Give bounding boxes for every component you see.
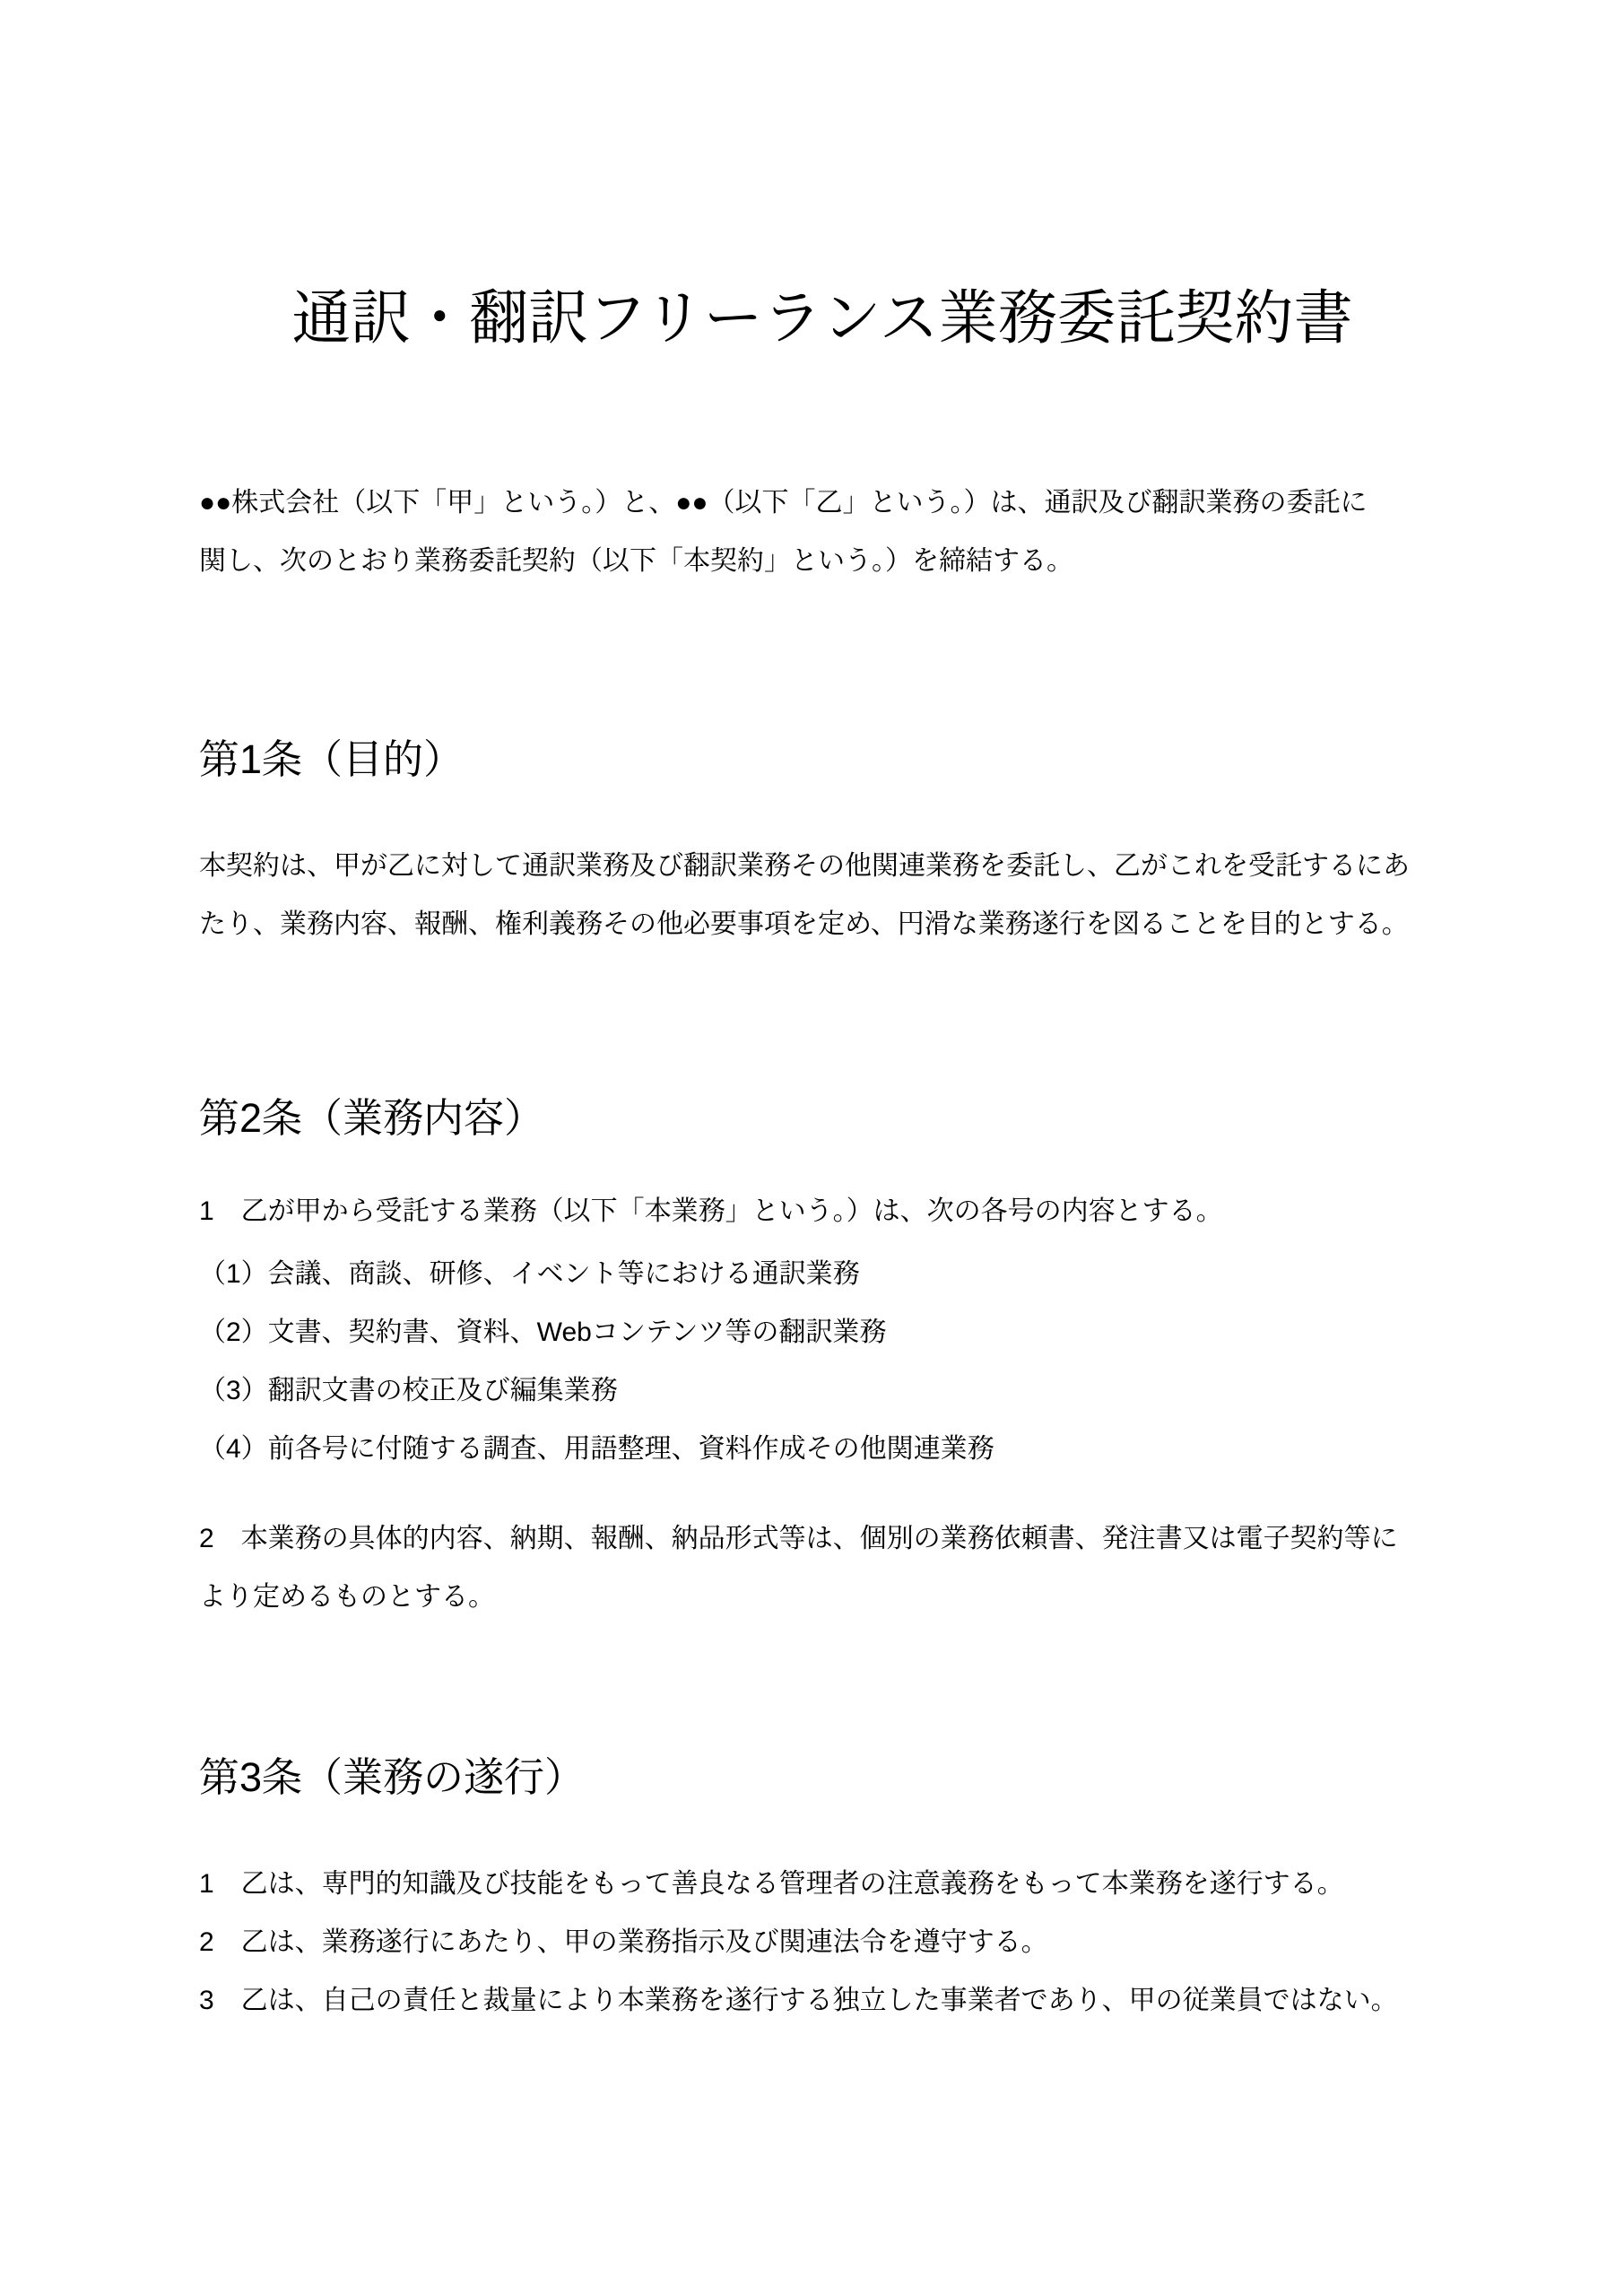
article-1-heading: 第1条（目的） — [199, 734, 1446, 786]
document-title: 通訳・翻訳フリーランス業務委託契約書 — [199, 282, 1446, 353]
paragraph-line: 2 本業務の具体的内容、納期、報酬、納品形式等は、個別の業務依頼書、発注書又は電… — [199, 1509, 1446, 1568]
article-2-clause-2: 2 本業務の具体的内容、納期、報酬、納品形式等は、個別の業務依頼書、発注書又は電… — [199, 1509, 1446, 1626]
article-1-body: 本契約は、甲が乙に対して通訳業務及び翻訳業務その他関連業務を委託し、乙がこれを受… — [199, 837, 1446, 953]
paragraph-line: たり、業務内容、報酬、権利義務その他必要事項を定め、円滑な業務遂行を図ることを目… — [199, 895, 1446, 953]
article-3-clause: 2 乙は、業務遂行にあたり、甲の業務指示及び関連法令を遵守する。 — [199, 1913, 1446, 1971]
article-3-heading: 第3条（業務の遂行） — [199, 1752, 1446, 1804]
article-2-heading: 第2条（業務内容） — [199, 1092, 1446, 1144]
article-3-clause-list: 1 乙は、専門的知識及び技能をもって善良なる管理者の注意義務をもって本業務を遂行… — [199, 1855, 1446, 2030]
paragraph-line: ●●株式会社（以下「甲」という。）と、●●（以下「乙」という。）は、通訳及び翻訳… — [199, 474, 1446, 532]
article-3-clause: 1 乙は、専門的知識及び技能をもって善良なる管理者の注意義務をもって本業務を遂行… — [199, 1855, 1446, 1913]
paragraph-line: より定めるものとする。 — [199, 1568, 1446, 1626]
list-item: （1）会議、商談、研修、イベント等における通訳業務 — [199, 1245, 1446, 1303]
contract-document-page: 通訳・翻訳フリーランス業務委託契約書 ●●株式会社（以下「甲」という。）と、●●… — [0, 0, 1624, 2296]
article-2-clause-1: 1 乙が甲から受託する業務（以下「本業務」という。）は、次の各号の内容とする。 — [199, 1182, 1446, 1240]
paragraph-line: 本契約は、甲が乙に対して通訳業務及び翻訳業務その他関連業務を委託し、乙がこれを受… — [199, 837, 1446, 895]
article-3-clause: 3 乙は、自己の責任と裁量により本業務を遂行する独立した事業者であり、甲の従業員… — [199, 1971, 1446, 2030]
list-item: （2）文書、契約書、資料、Webコンテンツ等の翻訳業務 — [199, 1303, 1446, 1361]
article-2-item-list: （1）会議、商談、研修、イベント等における通訳業務 （2）文書、契約書、資料、W… — [199, 1245, 1446, 1478]
intro-paragraph: ●●株式会社（以下「甲」という。）と、●●（以下「乙」という。）は、通訳及び翻訳… — [199, 474, 1446, 590]
paragraph-line: 関し、次のとおり業務委託契約（以下「本契約」という。）を締結する。 — [199, 532, 1446, 590]
list-item: （3）翻訳文書の校正及び編集業務 — [199, 1361, 1446, 1420]
list-item: （4）前各号に付随する調査、用語整理、資料作成その他関連業務 — [199, 1420, 1446, 1478]
